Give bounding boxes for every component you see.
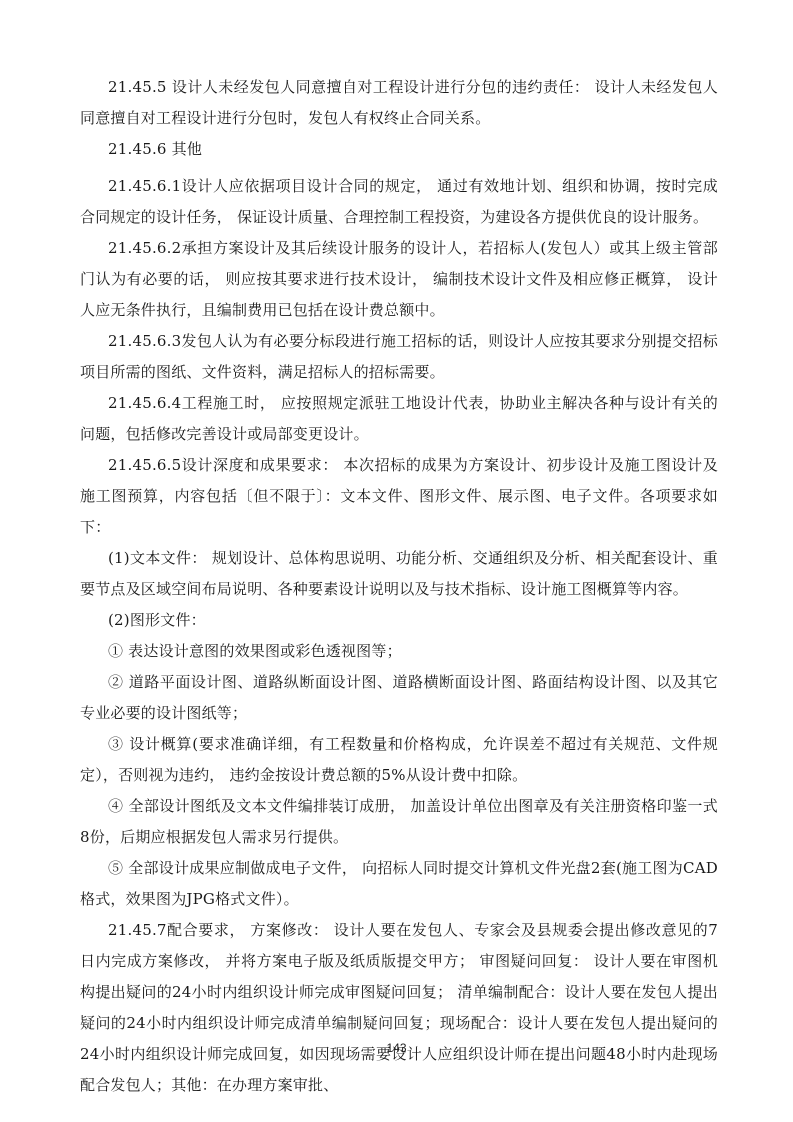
list-item-2: ② 道路平面设计图、道路纵断面设计图、道路横断面设计图、路面结构设计图、以及其它… xyxy=(80,667,718,729)
page-number: 143 xyxy=(0,1041,793,1055)
paragraph-graphic-files: (2)图形文件： xyxy=(80,605,718,636)
paragraph-text-files: (1)文本文件： 规划设计、总体构思说明、功能分析、交通组织及分析、相关配套设计… xyxy=(80,543,718,605)
paragraph-21-45-5: 21.45.5 设计人未经发包人同意擅自对工程设计进行分包的违约责任： 设计人未… xyxy=(80,72,718,134)
list-item-1: ① 表达设计意图的效果图或彩色透视图等； xyxy=(80,636,718,667)
paragraph-21-45-7: 21.45.7配合要求， 方案修改： 设计人要在发包人、专家会及县规委会提出修改… xyxy=(80,915,718,1101)
document-page: 21.45.5 设计人未经发包人同意擅自对工程设计进行分包的违约责任： 设计人未… xyxy=(80,72,718,1101)
paragraph-21-45-6-1: 21.45.6.1设计人应依据项目设计合同的规定， 通过有效地计划、组织和协调，… xyxy=(80,171,718,233)
paragraph-21-45-6-5: 21.45.6.5设计深度和成果要求： 本次招标的成果为方案设计、初步设计及施工… xyxy=(80,450,718,543)
heading-21-45-6-other: 21.45.6 其他 xyxy=(80,134,718,165)
list-item-4: ④ 全部设计图纸及文本文件编排装订成册， 加盖设计单位出图章及有关注册资格印鉴一… xyxy=(80,791,718,853)
list-item-5: ⑤ 全部设计成果应制做成电子文件， 向招标人同时提交计算机文件光盘2套(施工图为… xyxy=(80,853,718,915)
list-item-3: ③ 设计概算(要求准确详细，有工程数量和价格构成，允许误差不超过有关规范、文件规… xyxy=(80,729,718,791)
paragraph-21-45-6-4: 21.45.6.4工程施工时， 应按照规定派驻工地设计代表，协助业主解决各种与设… xyxy=(80,388,718,450)
paragraph-21-45-6-2: 21.45.6.2承担方案设计及其后续设计服务的设计人，若招标人(发包人）或其上… xyxy=(80,233,718,326)
paragraph-21-45-6-3: 21.45.6.3发包人认为有必要分标段进行施工招标的话，则设计人应按其要求分别… xyxy=(80,326,718,388)
